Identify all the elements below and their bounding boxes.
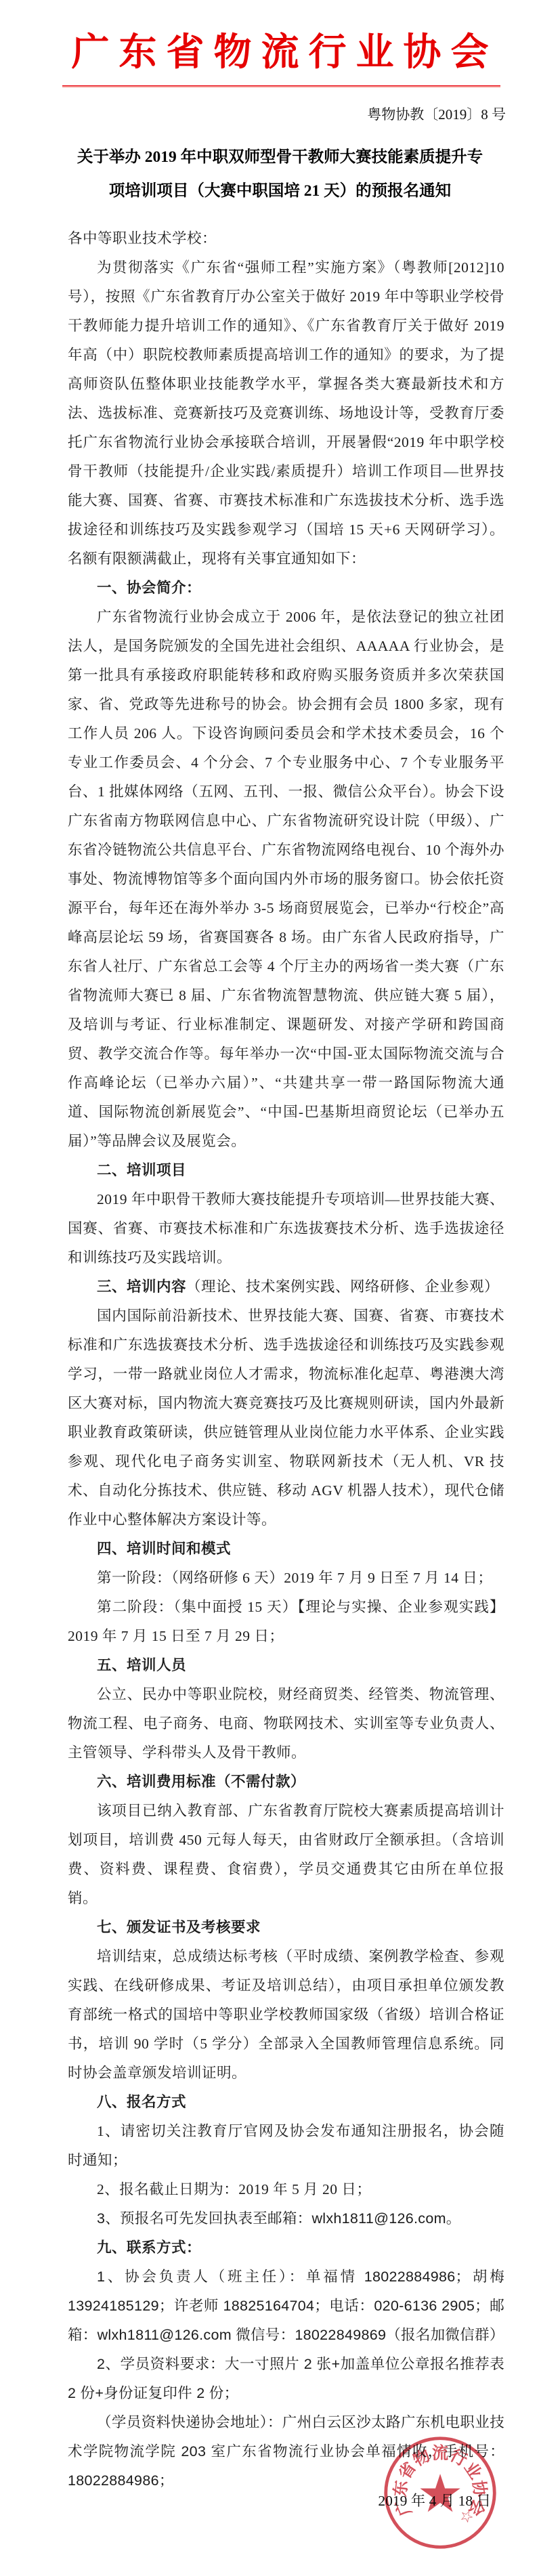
heading-lead: 七、颁发证书及考核要求: [97, 1919, 261, 1935]
heading-lead: 五、培训人员: [97, 1657, 186, 1673]
section-heading: 七、颁发证书及考核要求: [68, 1913, 504, 1942]
section-heading: 三、培训内容（理论、技术案例实践、网络研修、企业参观）: [68, 1272, 504, 1302]
heading-lead: 三、培训内容: [97, 1279, 186, 1295]
heading-lead: 八、报名方式: [97, 2094, 186, 2110]
paragraph: 培训结束，总成绩达标考核（平时成绩、案例教学检查、参观实践、在线研修成果、考证及…: [68, 1942, 504, 2088]
paragraph: 2019 年中职骨干教师大赛技能提升专项培训—世界技能大赛、国赛、省赛、市赛技术…: [68, 1185, 504, 1272]
org-title: 广东省物流行业协会: [0, 0, 560, 74]
red-rule-divider: [62, 85, 500, 87]
paragraph: 公立、民办中等职业院校，财经商贸类、经管类、物流管理、物流工程、电子商务、电商、…: [68, 1680, 504, 1767]
doc-number: 粤物协教〔2019〕8 号: [0, 105, 560, 124]
seal-ring-char: 广: [391, 2496, 415, 2518]
paragraph: 1、协会负责人（班主任）：单福情 18022884986；胡梅 13924185…: [68, 2262, 504, 2350]
heading-lead: 九、联系方式：: [97, 2239, 201, 2256]
paragraph: 2、学员资料要求：大一寸照片 2 张+加盖单位公章报名推荐表 2 份+身份证复印…: [68, 2350, 504, 2408]
paragraph: 为贯彻落实《广东省“强师工程”实施方案》（粤教师[2012]10号），按照《广东…: [68, 253, 504, 574]
paragraph: 国内国际前沿新技术、世界技能大赛、国赛、省赛、市赛技术标准和广东选拔赛技术分析、…: [68, 1302, 504, 1534]
seal-ring-char: 协: [469, 2480, 489, 2499]
paragraph: 1、请密切关注教育厅官网及协会发布通知注册报名，协会随时通知；: [68, 2117, 504, 2175]
paragraph: 第一阶段：（网络研修 6 天）2019 年 7 月 9 日至 7 月 14 日；: [68, 1564, 504, 1593]
seal-ring-char: 流: [432, 2444, 448, 2463]
section-heading: 九、联系方式：: [68, 2233, 504, 2262]
section-heading: 一、协会简介：: [68, 574, 504, 603]
heading-lead: 一、协会简介：: [97, 580, 201, 596]
seal-graphic: 广东省物流行业协会 ★ ☆: [381, 2434, 499, 2552]
section-heading: 八、报名方式: [68, 2088, 504, 2117]
official-seal: 广东省物流行业协会 ★ ☆: [381, 2434, 499, 2552]
paragraph: 3、预报名可先发回执表至邮箱：wlxh1811@126.com。: [68, 2204, 504, 2233]
official-notice-page: 广东省物流行业协会 粤物协教〔2019〕8 号 关于举办 2019 年中职双师型…: [0, 0, 560, 2576]
section-heading: 四、培训时间和模式: [68, 1534, 504, 1564]
section-heading: 二、培训项目: [68, 1156, 504, 1185]
section-heading: 六、培训费用标准（不需付款）: [68, 1767, 504, 1797]
heading-lead: 六、培训费用标准（不需付款）: [97, 1774, 305, 1790]
salutation: 各中等职业技术学校：: [68, 224, 504, 253]
paragraph: 第二阶段：（集中面授 15 天）【理论与实操、企业参观实践】2019 年 7 月…: [68, 1593, 504, 1651]
paragraph: 广东省物流行业协会成立于 2006 年，是依法登记的独立社团法人，是国务院颁发的…: [68, 603, 504, 1156]
paragraph: 2、报名截止日期为：2019 年 5 月 20 日；: [68, 2175, 504, 2204]
heading-lead: 二、培训项目: [97, 1162, 186, 1178]
heading-lead: 四、培训时间和模式: [97, 1541, 231, 1557]
document-body: 各中等职业技术学校：为贯彻落实《广东省“强师工程”实施方案》（粤教师[2012]…: [68, 224, 504, 2495]
section-heading: 五、培训人员: [68, 1651, 504, 1680]
paragraph: 该项目已纳入教育部、广东省教育厅院校大赛素质提高培训计划项目，培训费 450 元…: [68, 1797, 504, 1913]
notice-title: 关于举办 2019 年中职双师型骨干教师大赛技能素质提升专项培训项目（大赛中职国…: [77, 140, 483, 208]
